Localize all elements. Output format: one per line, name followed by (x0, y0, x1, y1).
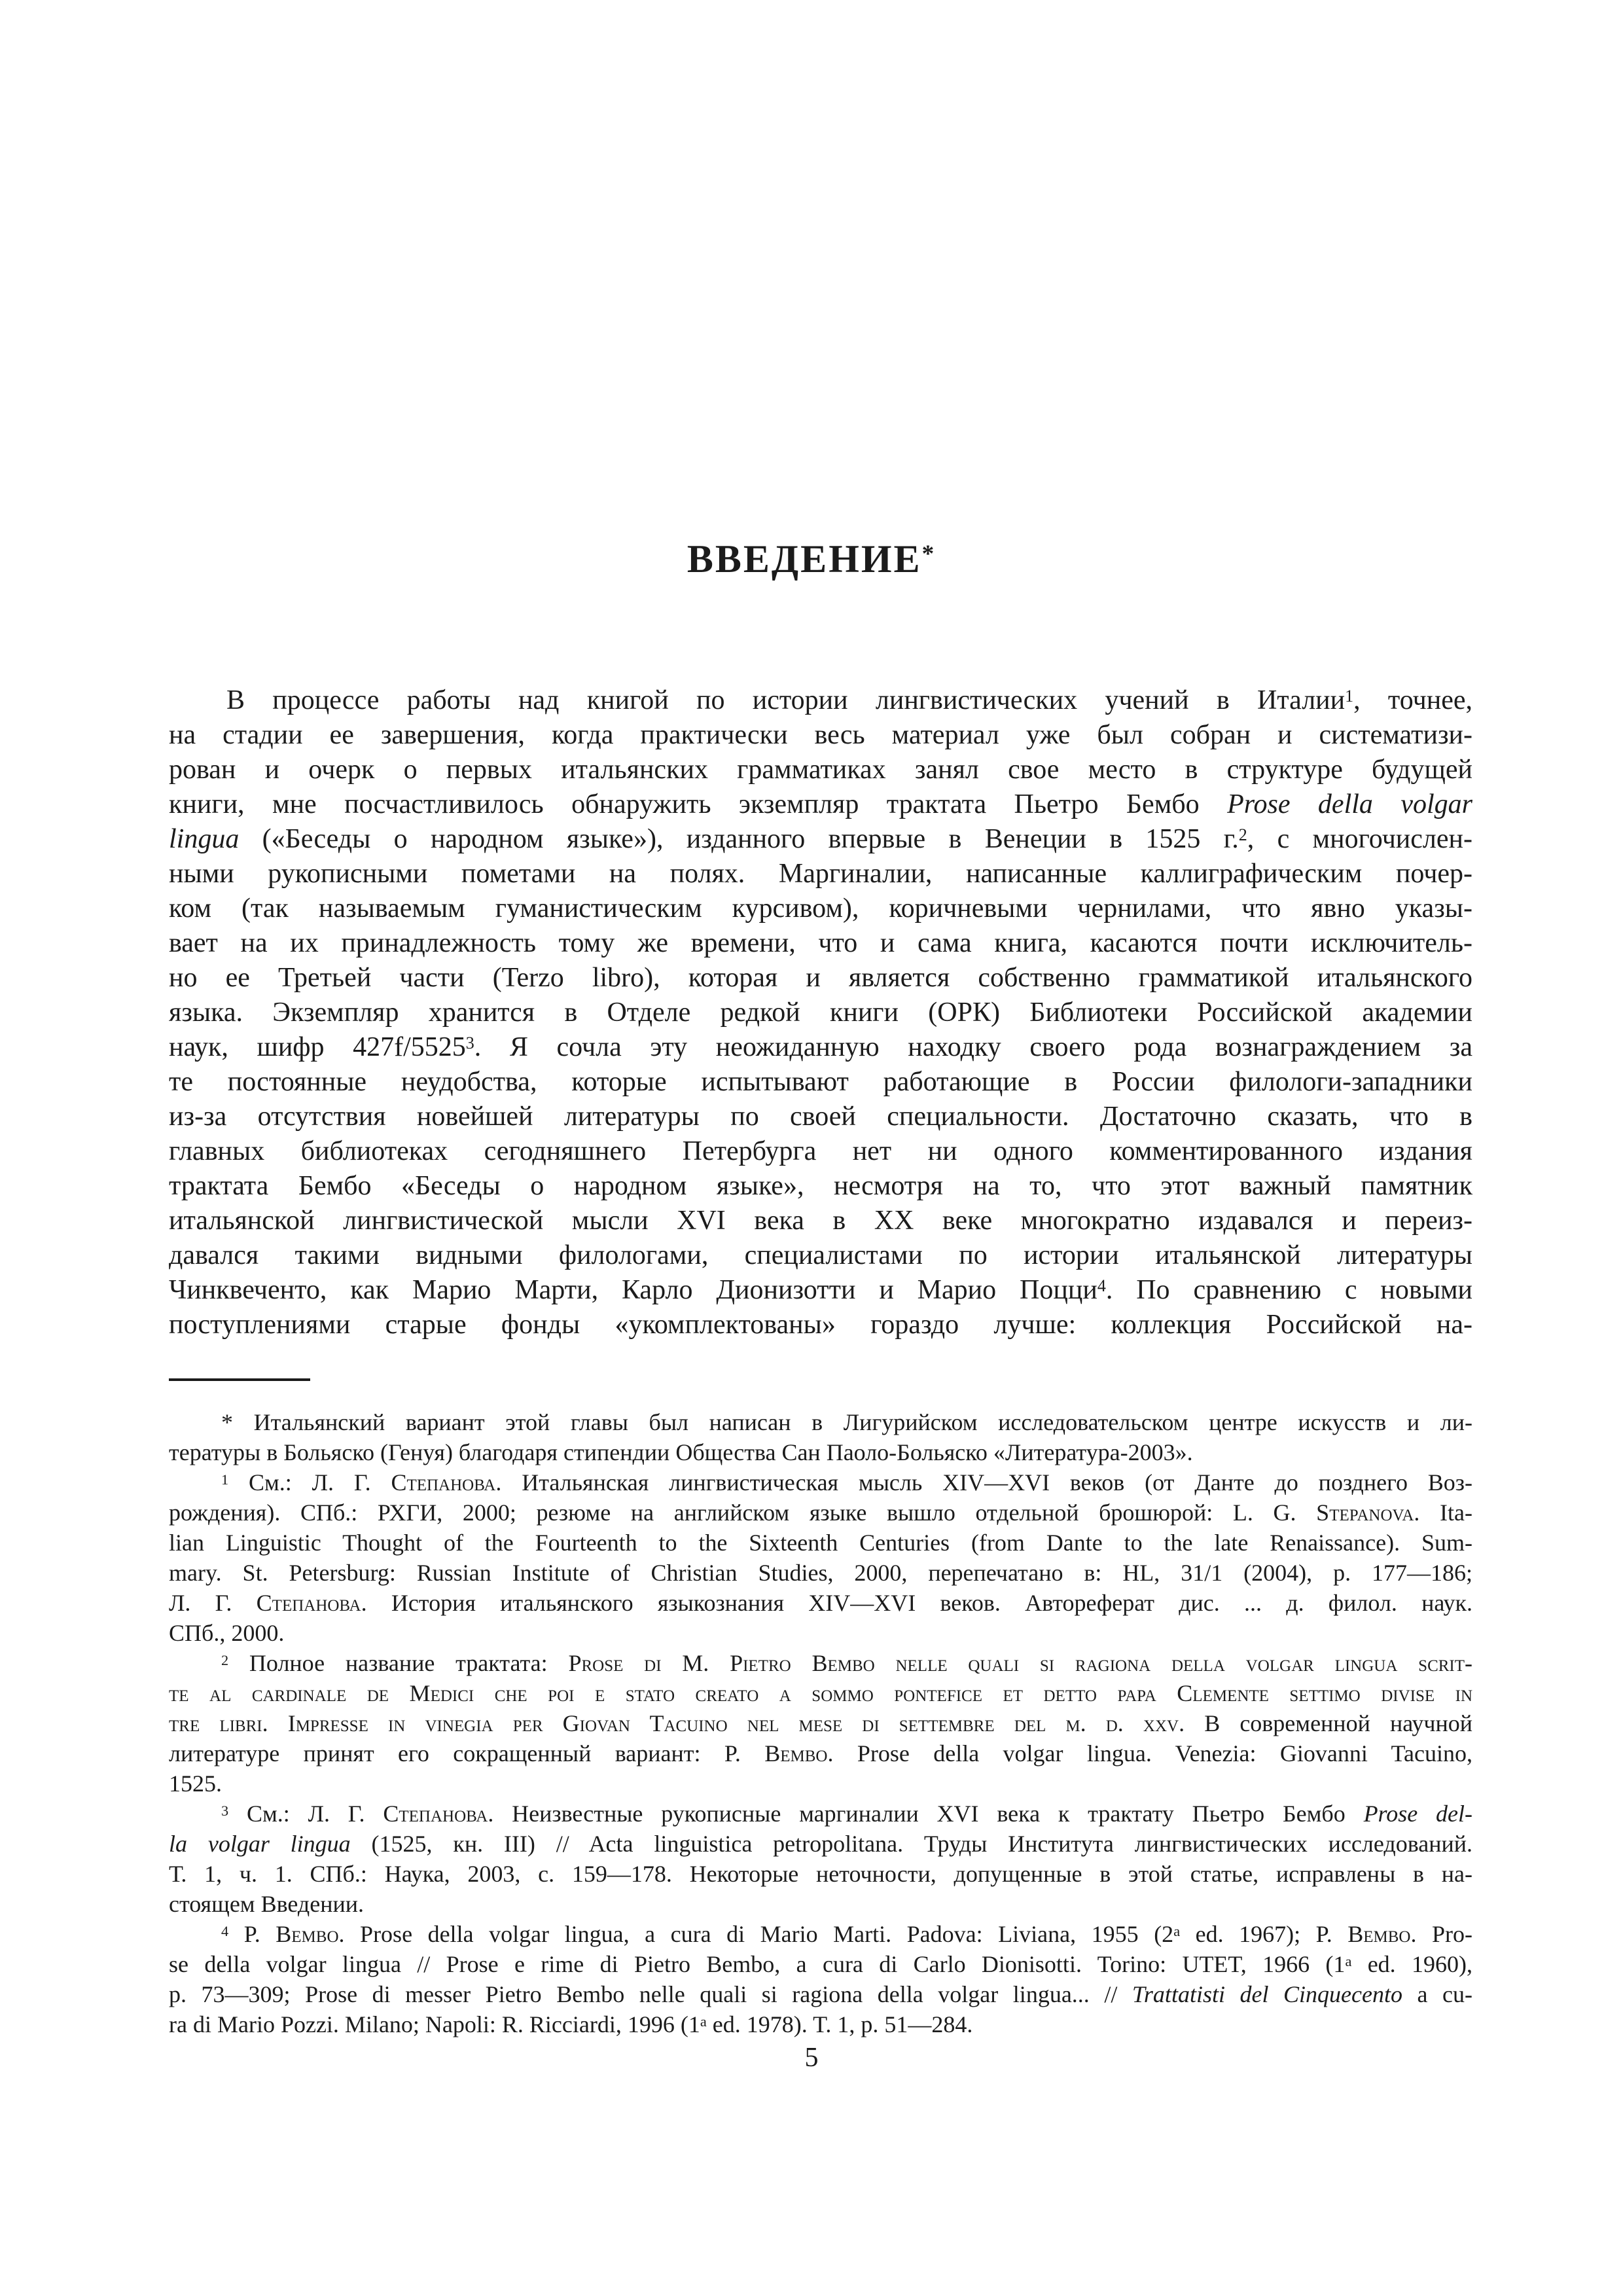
text-segment: . Я сочла эту неожиданную находку своего… (474, 1032, 1472, 1062)
text-segment: рождения). СПб.: РХГИ, 2000; резюме на а… (169, 1499, 1316, 1526)
text-segment: итальянской лингвистической мысли XVI ве… (169, 1206, 1472, 1236)
text-segment: давался такими видными филологами, специ… (169, 1240, 1472, 1270)
text-segment: Степанова (257, 1590, 361, 1616)
body-line: давался такими видными филологами, специ… (169, 1238, 1472, 1273)
text-segment: ными рукописными пометами на полях. Марг… (169, 859, 1472, 889)
footnote-line: Л. Г. Степанова. История итальянского яз… (169, 1588, 1472, 1618)
text-segment: . Prose della volgar lingua, a cura di M… (339, 1921, 1174, 1947)
footnote-line: tre libri. Impresse in vinegia per Giova… (169, 1708, 1472, 1738)
text-segment: Степанова (383, 1801, 488, 1827)
footnote-separator-rule (169, 1378, 310, 1381)
text-segment: на стадии ее завершения, когда практичес… (169, 720, 1472, 750)
text-segment: 4 (221, 1923, 228, 1939)
text-segment: ed. 1978). T. 1, p. 51—284. (707, 2011, 973, 2037)
text-segment: * Итальянский вариант этой главы был нап… (221, 1409, 1472, 1435)
text-segment: Prose della volgar (1227, 789, 1472, 819)
text-segment: вает на их принадлежность тому же времен… (169, 928, 1472, 958)
text-segment: 2 (221, 1652, 228, 1668)
text-segment: p. 73—309; Prose di messer Pietro Bembo … (169, 1981, 1132, 2007)
text-segment: В современной научной (1185, 1710, 1472, 1736)
footnotes-text: * Итальянский вариант этой главы был нап… (169, 1407, 1472, 2039)
footnote-line: la volgar lingua (1525, кн. III) // Acta… (169, 1829, 1472, 1859)
text-segment: ra di Mario Pozzi. Milano; Napoli: R. Ri… (169, 2011, 700, 2037)
text-segment: Степанова (391, 1469, 495, 1496)
text-segment: 1 (221, 1471, 228, 1488)
text-segment: a (700, 2013, 707, 2030)
body-line: В процессе работы над книгой по истории … (169, 683, 1472, 718)
text-segment: . По сравнению с новыми (1106, 1275, 1472, 1305)
text-segment: P. (228, 1921, 276, 1947)
text-segment: книги, мне посчастливилось обнаружить эк… (169, 789, 1227, 819)
text-segment: tre libri. Impresse in vinegia per Giova… (169, 1710, 1185, 1736)
body-line: итальянской лингвистической мысли XVI ве… (169, 1204, 1472, 1238)
text-segment: mary. St. Petersburg: Russian Institute … (169, 1560, 1472, 1586)
body-line: наук, шифр 427f/55253. Я сочла эту неожи… (169, 1030, 1472, 1065)
footnote-line: Т. 1, ч. 1. СПб.: Наука, 2003, с. 159—17… (169, 1859, 1472, 1889)
text-segment: . Prose della volgar lingua. Venezia: Gi… (828, 1740, 1473, 1767)
body-line: те постоянные неудобства, которые испыты… (169, 1065, 1472, 1100)
text-segment: a cu- (1402, 1981, 1472, 2007)
text-segment: поступлениями старые фонды «укомплектова… (169, 1310, 1472, 1340)
footnote-line: СПб., 2000. (169, 1618, 1472, 1648)
text-segment: В процессе работы над книгой по истории … (226, 685, 1345, 715)
footnote-line: 4 P. Bembo. Prose della volgar lingua, a… (169, 1919, 1472, 1949)
text-segment: Bembo (1347, 1921, 1410, 1947)
body-line: трактата Бембо «Беседы о народном языке»… (169, 1169, 1472, 1204)
text-segment: . Pro- (1410, 1921, 1472, 1947)
footnote-line: mary. St. Petersburg: Russian Institute … (169, 1558, 1472, 1588)
body-line: вает на их принадлежность тому же времен… (169, 926, 1472, 961)
body-line: lingua («Беседы о народном языке»), изда… (169, 822, 1472, 857)
footnote-line: стоящем Введении. (169, 1889, 1472, 1919)
footnote-line: p. 73—309; Prose di messer Pietro Bembo … (169, 1979, 1472, 2009)
text-segment: но ее Третьей части (Terzo libro), котор… (169, 963, 1472, 993)
footnote-line: 2 Полное название трактата: Prose di M. … (169, 1648, 1472, 1678)
footnote-line: se della volgar lingua // Prose e rime d… (169, 1949, 1472, 1979)
text-segment: 1525. (169, 1770, 222, 1797)
body-line: на стадии ее завершения, когда практичес… (169, 718, 1472, 753)
text-segment: a (1173, 1923, 1180, 1939)
text-segment: a (1345, 1953, 1351, 1969)
footnote-line: lian Linguistic Thought of the Fourteent… (169, 1528, 1472, 1558)
body-line: главных библиотеках сегодняшнего Петербу… (169, 1134, 1472, 1169)
body-line: книги, мне посчастливилось обнаружить эк… (169, 787, 1472, 822)
page-title-text: ВВЕДЕНИЕ (687, 537, 922, 581)
text-segment: Полное название трактата: (228, 1650, 568, 1676)
text-segment: Trattatisti del Cinquecento (1132, 1981, 1402, 2007)
text-segment: литературе принят его сокращенный вариан… (169, 1740, 764, 1767)
text-segment: Prose del- (1364, 1801, 1472, 1827)
text-segment: . Итальянская лингвистическая мысль XIV—… (495, 1469, 1472, 1496)
text-segment: тературы в Больяско (Генуя) благодаря ст… (169, 1439, 1193, 1465)
text-segment: ed. 1960), (1351, 1951, 1472, 1977)
text-segment: Stepanova (1316, 1499, 1414, 1526)
text-segment: la volgar lingua (169, 1831, 351, 1857)
text-segment: ed. 1967); P. (1180, 1921, 1347, 1947)
text-segment: Prose di M. Pietro Bembo nelle quali si … (568, 1650, 1472, 1676)
text-segment: наук, шифр 427f/5525 (169, 1032, 466, 1062)
text-segment: ком (так называемым гуманистическим курс… (169, 893, 1472, 924)
text-segment: , с многочислен- (1247, 824, 1472, 854)
footnote-line: тературы в Больяско (Генуя) благодаря ст… (169, 1437, 1472, 1467)
text-segment: Чинквеченто, как Марио Марти, Карло Дион… (169, 1275, 1097, 1305)
text-segment: Т. 1, ч. 1. СПб.: Наука, 2003, с. 159—17… (169, 1861, 1472, 1887)
text-segment: главных библиотеках сегодняшнего Петербу… (169, 1136, 1472, 1166)
text-segment: стоящем Введении. (169, 1891, 364, 1917)
text-segment: 4 (1097, 1276, 1106, 1295)
text-segment: lingua (169, 824, 239, 854)
body-line: поступлениями старые фонды «укомплектова… (169, 1308, 1472, 1342)
text-segment: Bembo (276, 1921, 338, 1947)
text-segment: рован и очерк о первых итальянских грамм… (169, 755, 1472, 785)
text-segment: См.: Л. Г. (228, 1801, 383, 1827)
text-segment: те постоянные неудобства, которые испыты… (169, 1067, 1472, 1097)
page-number: 5 (0, 2042, 1623, 2073)
footnote-line: 3 См.: Л. Г. Степанова. Неизвестные руко… (169, 1799, 1472, 1829)
footnote-line: te al cardinale de Medici che poi e stat… (169, 1678, 1472, 1708)
footnote-line: 1525. (169, 1768, 1472, 1799)
text-segment: из-за отсутствия новейшей литературы по … (169, 1102, 1472, 1132)
text-segment: , точнее, (1353, 685, 1472, 715)
title-footnote-marker: * (922, 541, 936, 567)
footnote-line: рождения). СПб.: РХГИ, 2000; резюме на а… (169, 1498, 1472, 1528)
text-segment: СПб., 2000. (169, 1620, 284, 1646)
body-line: Чинквеченто, как Марио Марти, Карло Дион… (169, 1273, 1472, 1308)
text-segment: См.: Л. Г. (228, 1469, 391, 1496)
text-segment: te al cardinale de Medici che poi e stat… (169, 1680, 1472, 1706)
footnote-line: ra di Mario Pozzi. Milano; Napoli: R. Ri… (169, 2009, 1472, 2039)
text-segment: . Неизвестные рукописные маргиналии XVI … (488, 1801, 1363, 1827)
body-line: ными рукописными пометами на полях. Марг… (169, 857, 1472, 891)
body-line: но ее Третьей части (Terzo libro), котор… (169, 961, 1472, 996)
text-segment: Bembo (764, 1740, 827, 1767)
text-segment: («Беседы о народном языке»), изданного в… (239, 824, 1238, 854)
text-segment: трактата Бембо «Беседы о народном языке»… (169, 1171, 1472, 1201)
text-segment: (1525, кн. III) // Acta linguistica petr… (351, 1831, 1472, 1857)
text-segment: языка. Экземпляр хранится в Отделе редко… (169, 997, 1472, 1028)
footnote-line: 1 См.: Л. Г. Степанова. Итальянская линг… (169, 1467, 1472, 1498)
text-segment: . История итальянского языкознания XIV—X… (361, 1590, 1472, 1616)
text-segment: 3 (221, 1803, 228, 1819)
text-segment: . Ita- (1414, 1499, 1472, 1526)
body-line: языка. Экземпляр хранится в Отделе редко… (169, 996, 1472, 1030)
footnote-line: литературе принят его сокращенный вариан… (169, 1738, 1472, 1768)
text-segment: lian Linguistic Thought of the Fourteent… (169, 1530, 1472, 1556)
book-page: ВВЕДЕНИЕ* В процессе работы над книгой п… (0, 0, 1623, 2296)
text-segment: 2 (1239, 825, 1247, 844)
footnote-line: * Итальянский вариант этой главы был нап… (169, 1407, 1472, 1437)
body-line: ком (так называемым гуманистическим курс… (169, 891, 1472, 926)
text-segment: 3 (466, 1033, 474, 1052)
page-title: ВВЕДЕНИЕ* (0, 537, 1623, 582)
body-text: В процессе работы над книгой по истории … (169, 683, 1472, 1342)
body-line: из-за отсутствия новейшей литературы по … (169, 1100, 1472, 1134)
body-line: рован и очерк о первых итальянских грамм… (169, 753, 1472, 787)
text-segment: se della volgar lingua // Prose e rime d… (169, 1951, 1345, 1977)
text-segment: Л. Г. (169, 1590, 257, 1616)
text-segment: 1 (1345, 687, 1353, 706)
